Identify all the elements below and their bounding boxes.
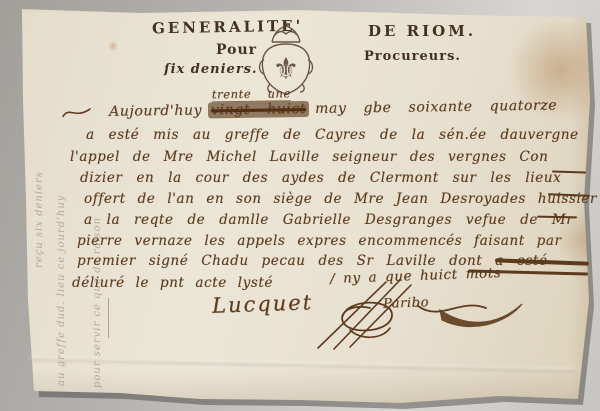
interlined-correction: trente une [212, 86, 291, 102]
svg-text:⚜: ⚜ [273, 52, 300, 87]
manuscript-line-4: dizier en la cour des aydes de Clermont … [80, 170, 561, 186]
printed-title-de-riom: DE RIOM. [368, 22, 476, 40]
pen-flourish [62, 105, 92, 119]
date-year-text: may gbe soixante quatorze [315, 98, 557, 117]
struck-out-date: vingt huict [208, 101, 309, 118]
margin-annotation-2: au greffe dud. lieu ce jourd'huy [56, 195, 67, 386]
manuscript-line-2: a esté mis au greffe de Cayres de la sén… [86, 127, 579, 143]
margin-annotation-1: reçu six deniers [34, 171, 45, 268]
manuscript-line-3: l'appel de Mre Michel Laville seigneur d… [70, 149, 548, 165]
manuscript-line-5: offert de l'an en son siège de Mre Jean … [84, 191, 597, 207]
signature-paraph-flourish [290, 278, 530, 353]
manuscript-line-7: pierre vernaze les appels expres encomme… [77, 233, 562, 249]
photo-of-manuscript: { "document": { "header": { "generalite"… [0, 0, 600, 411]
printed-word-procureurs: Procureurs. [364, 49, 461, 64]
pen-line-vertical [108, 298, 109, 338]
margin-annotation-3: pour servir ce que de raison [92, 217, 103, 388]
manuscript-line-6: a la reqte de damlle Gabrielle Desgrange… [84, 212, 573, 228]
printed-fee-six-deniers: ſix deniers. [164, 62, 258, 77]
date-text: Aujourd'huy [109, 103, 202, 120]
